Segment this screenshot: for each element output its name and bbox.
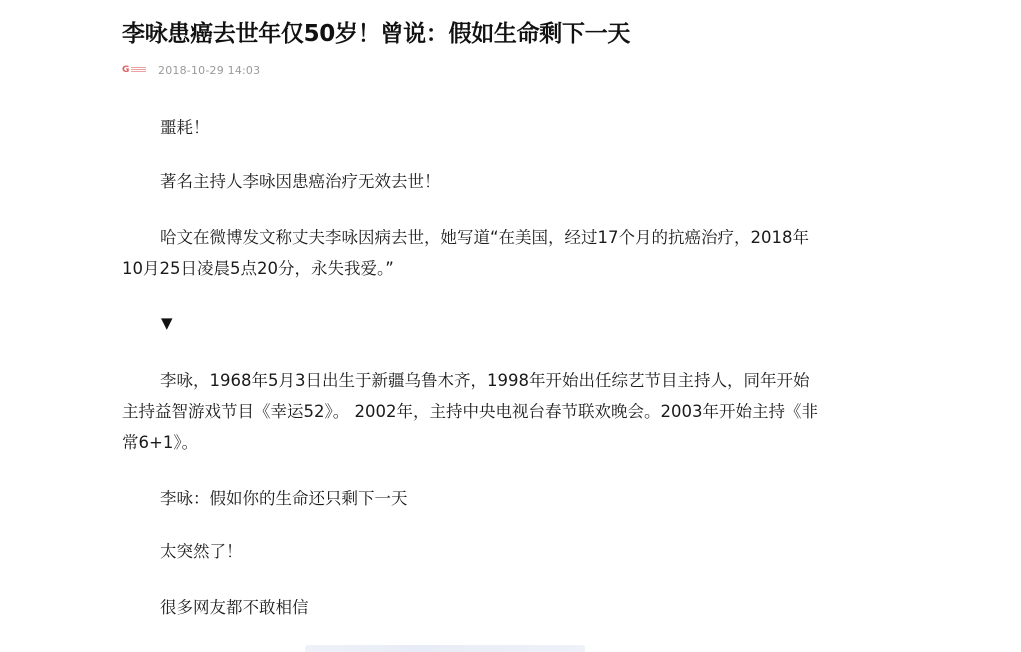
article-title: 李咏患癌去世年仅50岁！曾说：假如生命剩下一天 [122, 16, 630, 52]
publish-date: 2018-10-29 14:03 [158, 64, 260, 77]
paragraph-2: 著名主持人李咏因患癌治疗无效去世！ [122, 166, 822, 197]
paragraph-1: 噩耗！ [122, 112, 822, 143]
source-logo-letter: G [122, 65, 129, 75]
paragraph-5: 李咏：假如你的生命还只剩下一天 [122, 483, 822, 514]
article-meta: G 2018-10-29 14:03 [122, 62, 260, 78]
down-arrow-icon: ▼ [161, 312, 173, 334]
paragraph-3: 哈文在微博发文称丈夫李咏因病去世，她写道“在美国，经过17个月的抗癌治疗，201… [122, 222, 822, 284]
source-logo-icon[interactable]: G [122, 65, 148, 75]
paragraph-4: 李咏，1968年5月3日出生于新疆乌鲁木齐，1998年开始出任综艺节目主持人，同… [122, 365, 822, 458]
source-logo-text-lines [131, 67, 146, 73]
paragraph-7: 很多网友都不敢相信 [122, 592, 822, 623]
article-image-top-edge [305, 645, 585, 652]
paragraph-6: 太突然了！ [122, 536, 822, 567]
